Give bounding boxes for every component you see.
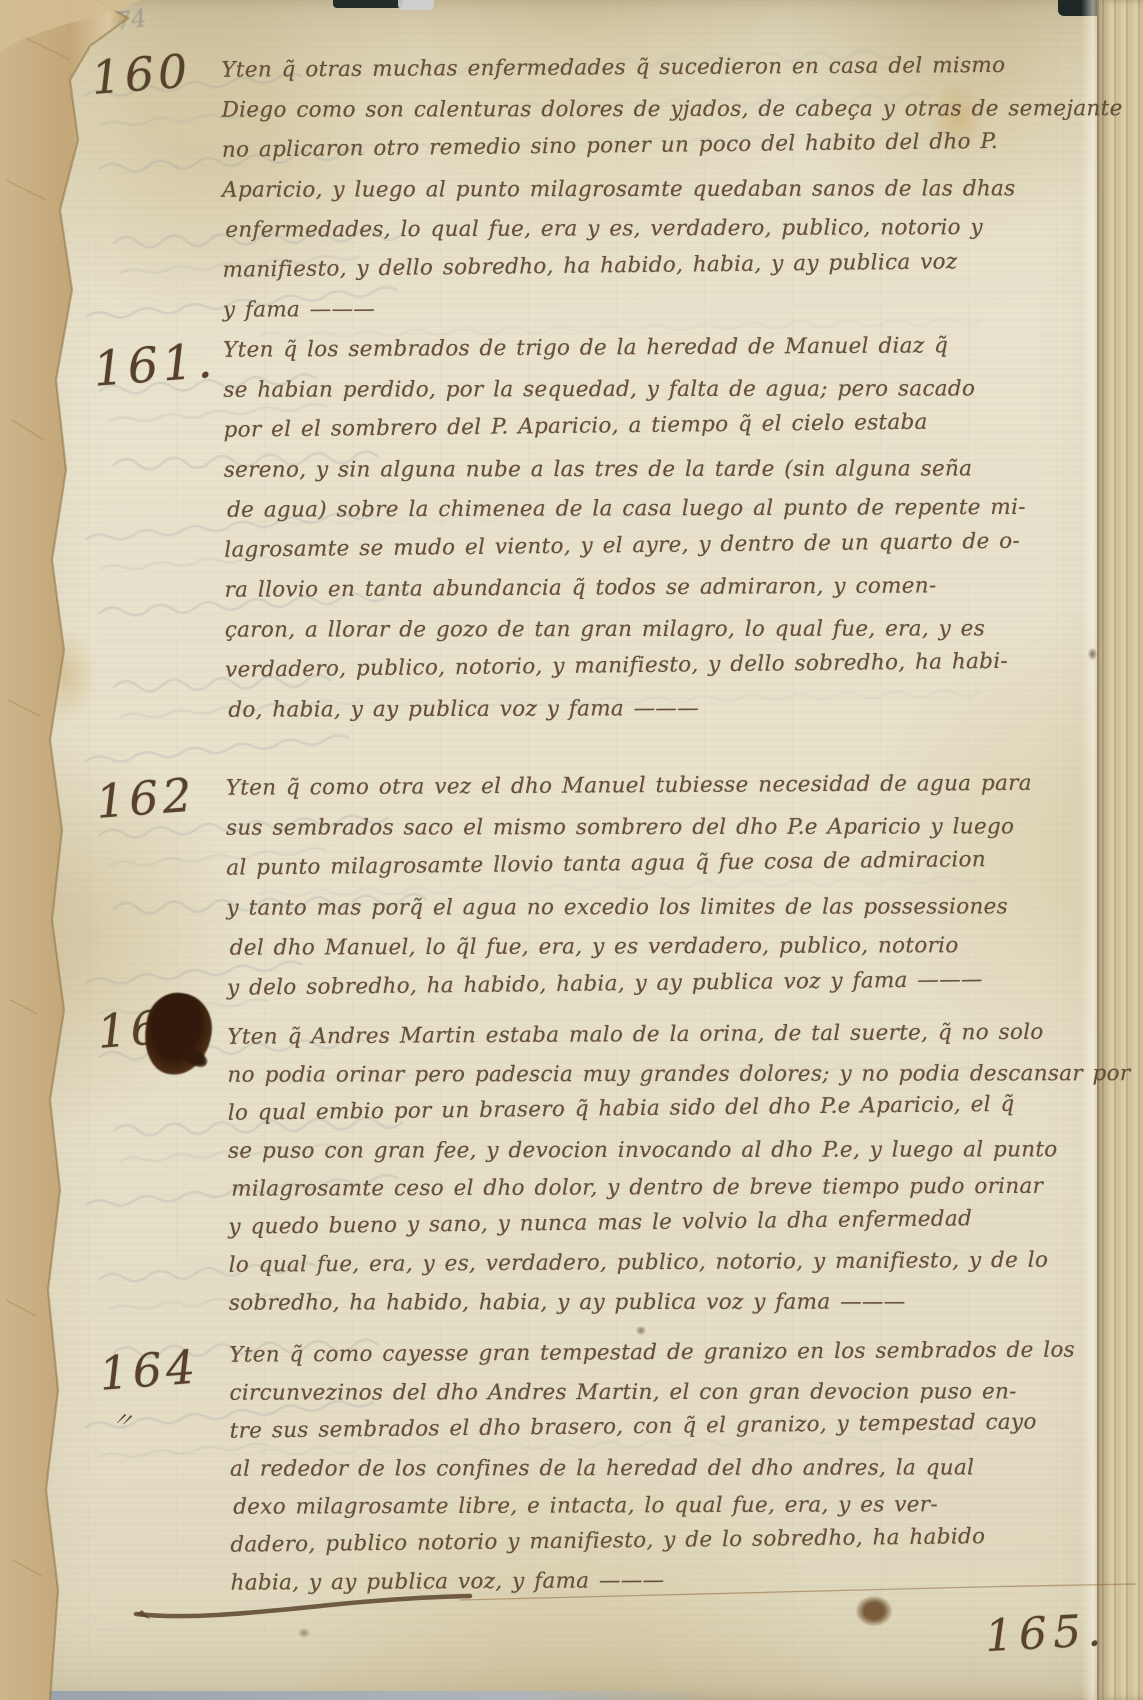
- margin-number: 161.: [91, 333, 218, 398]
- manuscript-line: Yten q̃ como otra vez el dho Manuel tubi…: [226, 763, 1110, 808]
- manuscript-text-block: 160 Yten q̃ otras muchas enfermedades q̃…: [221, 45, 1114, 1602]
- entry-164: 164 〃 Yten q̃ como cayesse gran tempesta…: [229, 1331, 1115, 1602]
- entry-lines: Yten q̃ los sembrados de trigo de la her…: [223, 325, 1109, 730]
- entry-163: 163 Yten q̃ Andres Martin estaba malo de…: [227, 1013, 1113, 1322]
- manuscript-line: Yten q̃ como cayesse gran tempestad de g…: [229, 1331, 1113, 1374]
- manuscript-line: Aparicio, y luego al punto milagrosamte …: [222, 169, 1106, 211]
- manuscript-line: ra llovio en tanta abundancia q̃ todos s…: [224, 565, 1108, 610]
- manuscript-line: sobredho, ha habido, habia, y ay publica…: [229, 1283, 1113, 1323]
- manuscript-line: al rededor de los confines de la heredad…: [230, 1449, 1114, 1489]
- margin-number: 164: [97, 1339, 201, 1400]
- background-sliver: [0, 1691, 730, 1700]
- manuscript-scan: { "document": { "kind": "handwritten man…: [0, 0, 1143, 1700]
- margin-number: 162: [94, 767, 198, 828]
- manuscript-line: lo qual fue, era, y es, verdadero, publi…: [229, 1241, 1113, 1284]
- entry-lines: Yten q̃ Andres Martin estaba malo de la …: [227, 1013, 1113, 1322]
- manuscript-line: Yten q̃ los sembrados de trigo de la her…: [223, 325, 1107, 370]
- manuscript-line: y tanto mas porq̃ el agua no excedio los…: [226, 887, 1110, 929]
- entry-lines: Yten q̃ como cayesse gran tempestad de g…: [229, 1331, 1115, 1602]
- entry-161: 161. Yten q̃ los sembrados de trigo de l…: [223, 325, 1109, 730]
- manuscript-line: se puso con gran fee, y devocion invocan…: [228, 1131, 1112, 1171]
- manuscript-line: sereno, y sin alguna nube a las tres de …: [224, 449, 1108, 491]
- manuscript-line: Yten q̃ Andres Martin estaba malo de la …: [227, 1013, 1111, 1056]
- entry-160: 160 Yten q̃ otras muchas enfermedades q̃…: [221, 45, 1107, 330]
- manuscript-line: Yten q̃ otras muchas enfermedades q̃ suc…: [221, 45, 1105, 90]
- entry-162: 162 Yten q̃ como otra vez el dho Manuel …: [226, 763, 1111, 1008]
- entry-lines: Yten q̃ como otra vez el dho Manuel tubi…: [226, 763, 1111, 1008]
- manuscript-line: habia, y ay publica voz, y fama ———: [231, 1559, 1115, 1602]
- pencil-folio-mark: 74: [114, 4, 148, 36]
- manuscript-line: y fama ———: [223, 285, 1107, 330]
- manuscript-line: do, habia, y ay publica voz y fama ———: [228, 688, 1112, 731]
- margin-number: 160: [90, 43, 194, 104]
- adjacent-page-sliver: [398, 0, 434, 10]
- background-sliver: [333, 0, 403, 8]
- page-number: 165.: [984, 1605, 1108, 1662]
- entry-lines: Yten q̃ otras muchas enfermedades q̃ suc…: [221, 45, 1107, 330]
